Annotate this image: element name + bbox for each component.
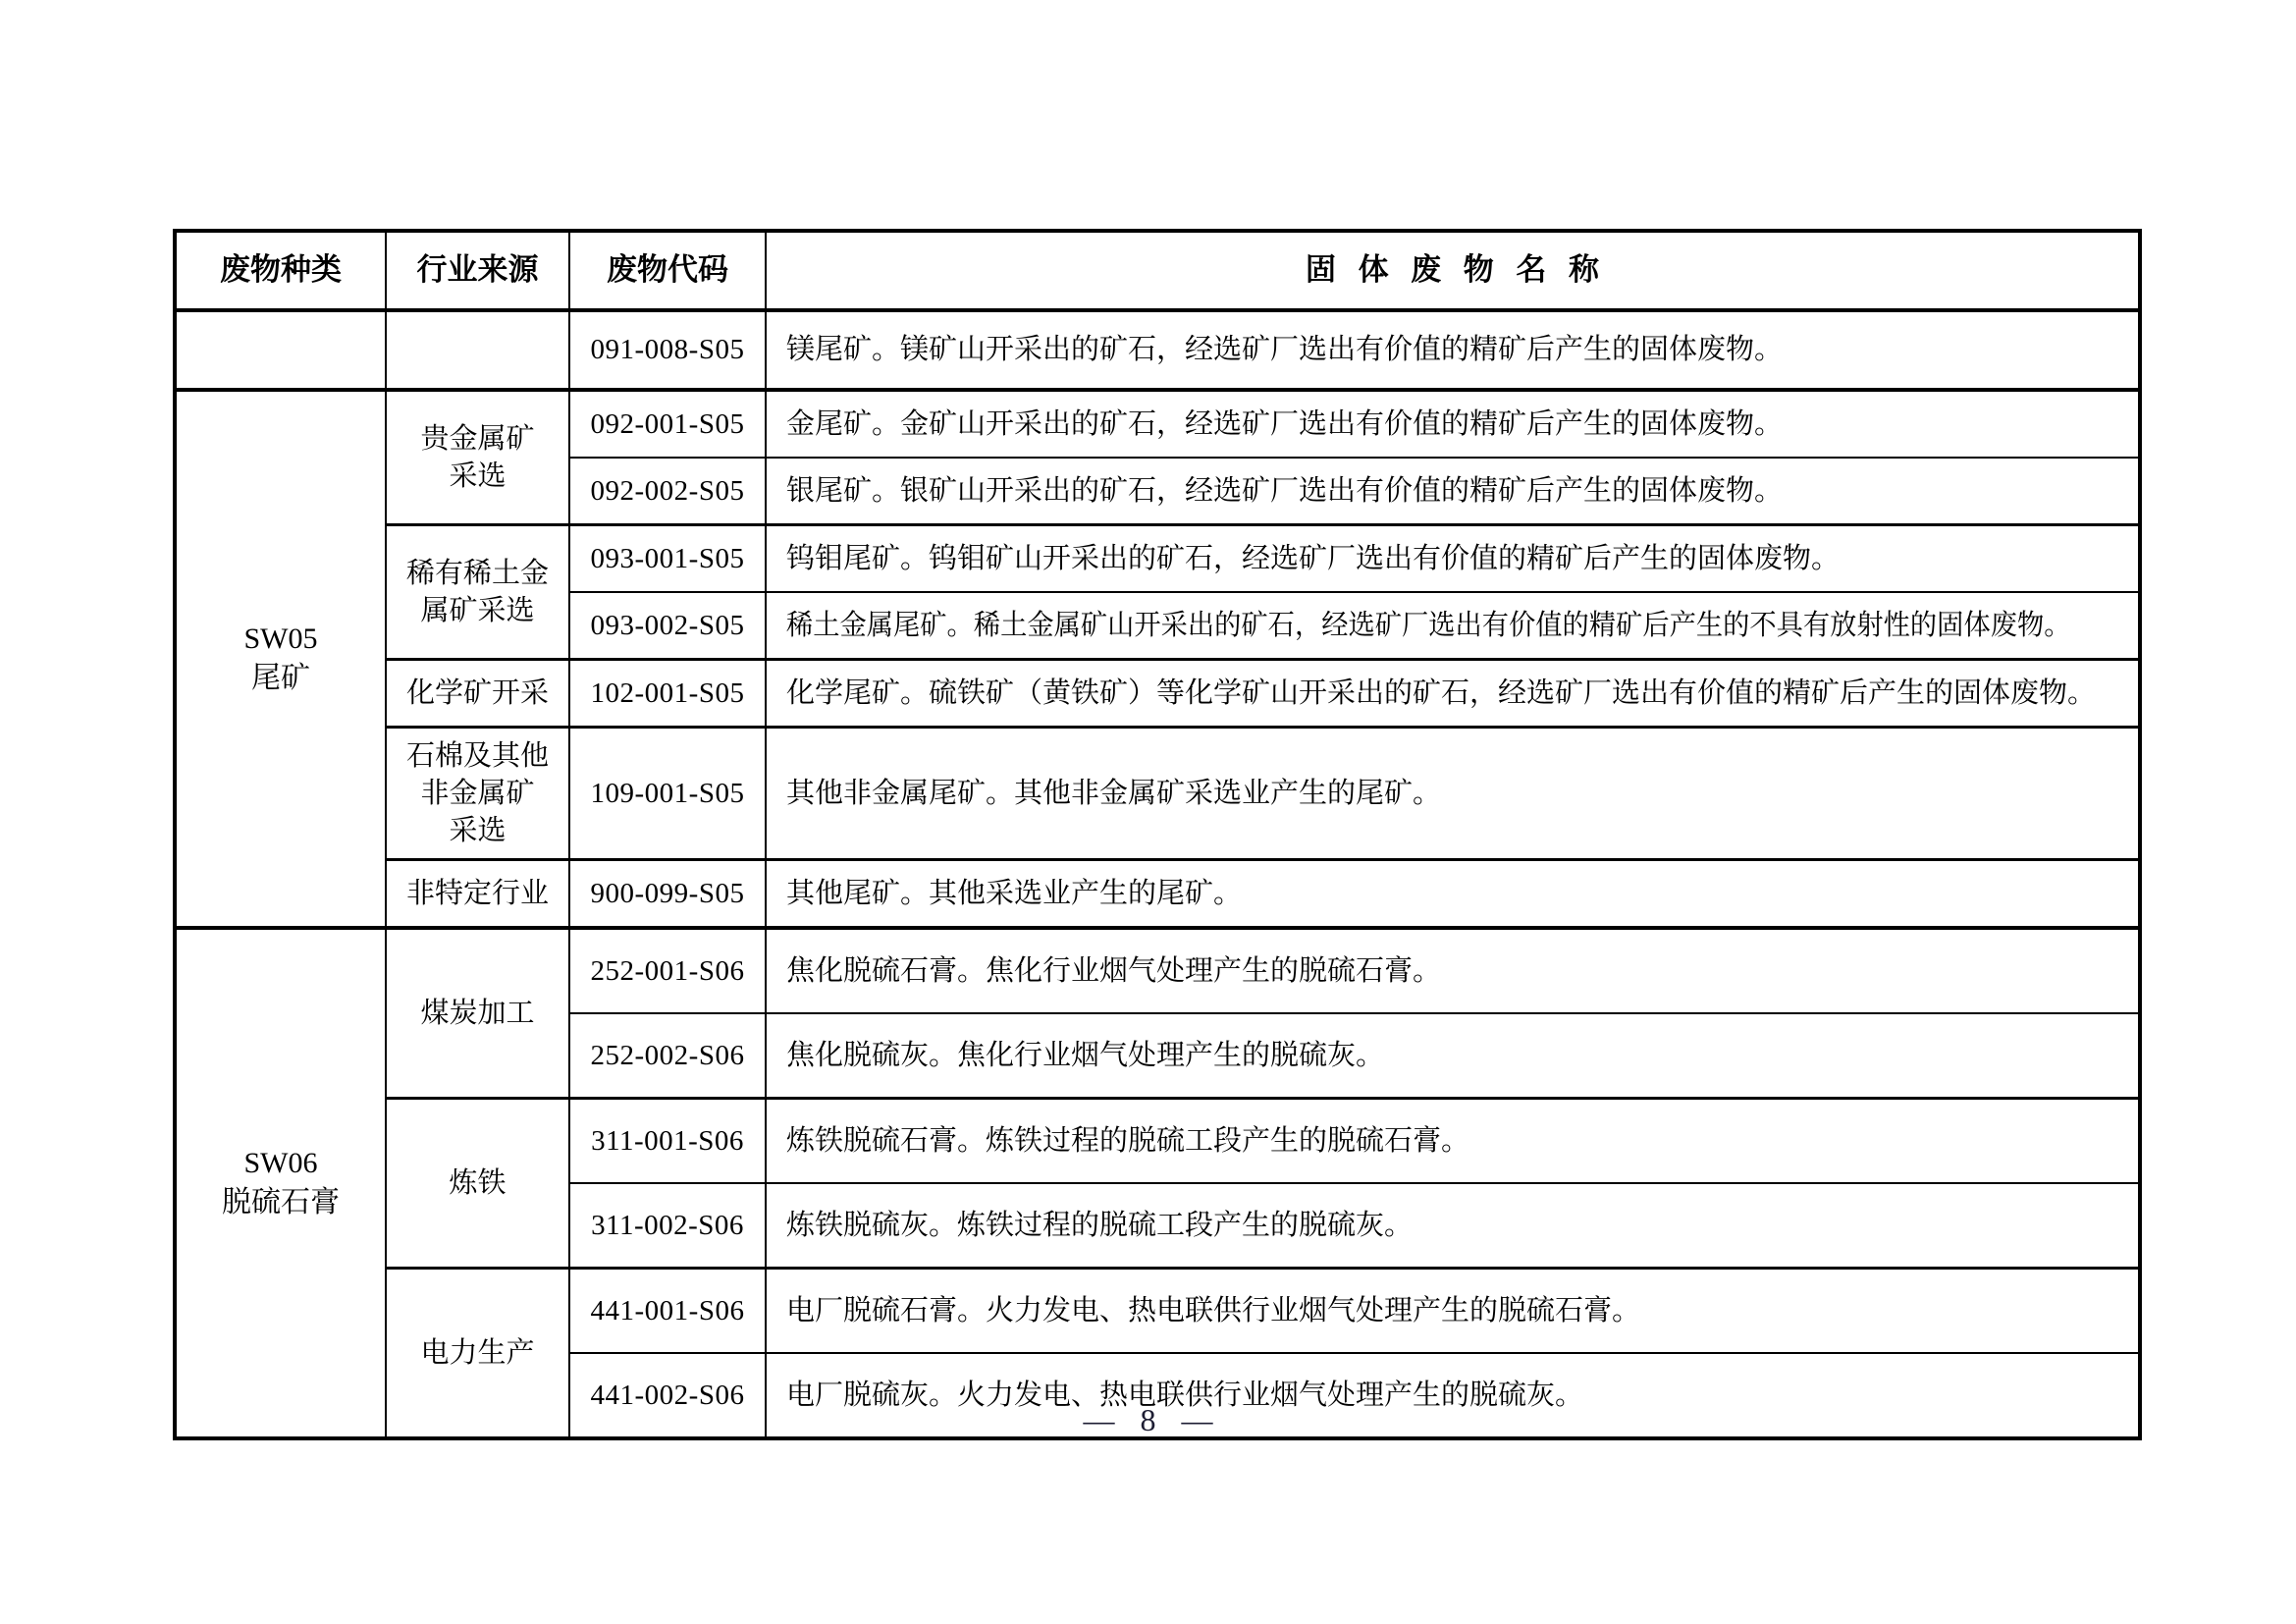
table-row: 化学矿开采 102-001-S05 化学尾矿。硫铁矿（黄铁矿）等化学矿山开采出的… [175,660,2140,728]
solid-waste-table: 废物种类 行业来源 废物代码 固 体 废 物 名 称 091-008-S05 镁… [173,229,2142,1440]
waste-name-cell: 钨钼尾矿。钨钼矿山开采出的矿石，经选矿厂选出有价值的精矿后产生的固体废物。 [766,525,2140,593]
waste-name-cell: 金尾矿。金矿山开采出的矿石，经选矿厂选出有价值的精矿后产生的固体废物。 [766,390,2140,458]
waste-name-cell: 银尾矿。银矿山开采出的矿石，经选矿厂选出有价值的精矿后产生的固体废物。 [766,458,2140,525]
page-number-dash-left: — [1058,1402,1141,1437]
table-row: SW06脱硫石膏 煤炭加工 252-001-S06 焦化脱硫石膏。焦化行业烟气处… [175,928,2140,1013]
industry-cell: 非特定行业 [386,860,569,929]
waste-name-cell: 化学尾矿。硫铁矿（黄铁矿）等化学矿山开采出的矿石，经选矿厂选出有价值的精矿后产生… [766,660,2140,728]
table-header-row: 废物种类 行业来源 废物代码 固 体 废 物 名 称 [175,231,2140,310]
waste-code-cell: 092-002-S05 [569,458,766,525]
waste-name-cell: 电厂脱硫石膏。火力发电、热电联供行业烟气处理产生的脱硫石膏。 [766,1269,2140,1354]
industry-cell: 贵金属矿 采选 [386,390,569,525]
waste-name-cell: 镁尾矿。镁矿山开采出的矿石，经选矿厂选出有价值的精矿后产生的固体废物。 [766,310,2140,390]
industry-cell: 稀有稀土金 属矿采选 [386,525,569,660]
waste-code-cell: 441-001-S06 [569,1269,766,1354]
waste-code-cell: 311-002-S06 [569,1183,766,1269]
col-header-waste-name: 固 体 废 物 名 称 [766,231,2140,310]
industry-cell: 煤炭加工 [386,928,569,1099]
col-header-industry-source: 行业来源 [386,231,569,310]
waste-name-cell: 焦化脱硫灰。焦化行业烟气处理产生的脱硫灰。 [766,1013,2140,1099]
document-page: 废物种类 行业来源 废物代码 固 体 废 物 名 称 091-008-S05 镁… [0,0,2296,1624]
industry-cell-empty [386,310,569,390]
waste-name-text: 稀土金属尾矿。稀土金属矿山开采出的矿石，经选矿厂选出有价值的精矿后产生的不具有放… [786,607,2070,644]
waste-code-cell: 252-002-S06 [569,1013,766,1099]
waste-name-cell: 炼铁脱硫石膏。炼铁过程的脱硫工段产生的脱硫石膏。 [766,1099,2140,1184]
waste-code-cell: 091-008-S05 [569,310,766,390]
col-header-waste-category: 废物种类 [175,231,386,310]
waste-name-cell: 其他非金属尾矿。其他非金属矿采选业产生的尾矿。 [766,728,2140,860]
waste-code-cell: 092-001-S05 [569,390,766,458]
page-footer: —8— [0,1402,2296,1438]
industry-cell: 化学矿开采 [386,660,569,728]
table-row: 石棉及其他 非金属矿 采选 109-001-S05 其他非金属尾矿。其他非金属矿… [175,728,2140,860]
waste-name-cell: 焦化脱硫石膏。焦化行业烟气处理产生的脱硫石膏。 [766,928,2140,1013]
waste-code-cell: 093-001-S05 [569,525,766,593]
waste-name-cell: 其他尾矿。其他采选业产生的尾矿。 [766,860,2140,929]
waste-code-cell: 900-099-S05 [569,860,766,929]
category-cell-empty [175,310,386,390]
table-row: 稀有稀土金 属矿采选 093-001-S05 钨钼尾矿。钨钼矿山开采出的矿石，经… [175,525,2140,593]
waste-code-cell: 311-001-S06 [569,1099,766,1184]
waste-code-cell: 109-001-S05 [569,728,766,860]
industry-cell: 石棉及其他 非金属矿 采选 [386,728,569,860]
col-header-waste-code: 废物代码 [569,231,766,310]
table-row: 非特定行业 900-099-S05 其他尾矿。其他采选业产生的尾矿。 [175,860,2140,929]
industry-cell: 炼铁 [386,1099,569,1269]
table-row: SW05尾矿 贵金属矿 采选 092-001-S05 金尾矿。金矿山开采出的矿石… [175,390,2140,458]
category-code: SW06 [244,1147,318,1179]
category-code: SW05 [244,623,318,655]
page-number-dash-right: — [1156,1402,1239,1437]
waste-code-cell: 102-001-S05 [569,660,766,728]
waste-name-cell: 炼铁脱硫灰。炼铁过程的脱硫工段产生的脱硫灰。 [766,1183,2140,1269]
waste-code-cell: 252-001-S06 [569,928,766,1013]
category-cell-sw05: SW05尾矿 [175,390,386,928]
category-name: 脱硫石膏 [222,1186,340,1218]
page-number: 8 [1141,1402,1156,1437]
waste-name-cell: 稀土金属尾矿。稀土金属矿山开采出的矿石，经选矿厂选出有价值的精矿后产生的不具有放… [766,592,2140,660]
table-row: 炼铁 311-001-S06 炼铁脱硫石膏。炼铁过程的脱硫工段产生的脱硫石膏。 [175,1099,2140,1184]
table-row: 电力生产 441-001-S06 电厂脱硫石膏。火力发电、热电联供行业烟气处理产… [175,1269,2140,1354]
category-name: 尾矿 [251,662,310,694]
category-cell-sw06: SW06脱硫石膏 [175,928,386,1438]
waste-code-cell: 093-002-S05 [569,592,766,660]
table-row: 091-008-S05 镁尾矿。镁矿山开采出的矿石，经选矿厂选出有价值的精矿后产… [175,310,2140,390]
